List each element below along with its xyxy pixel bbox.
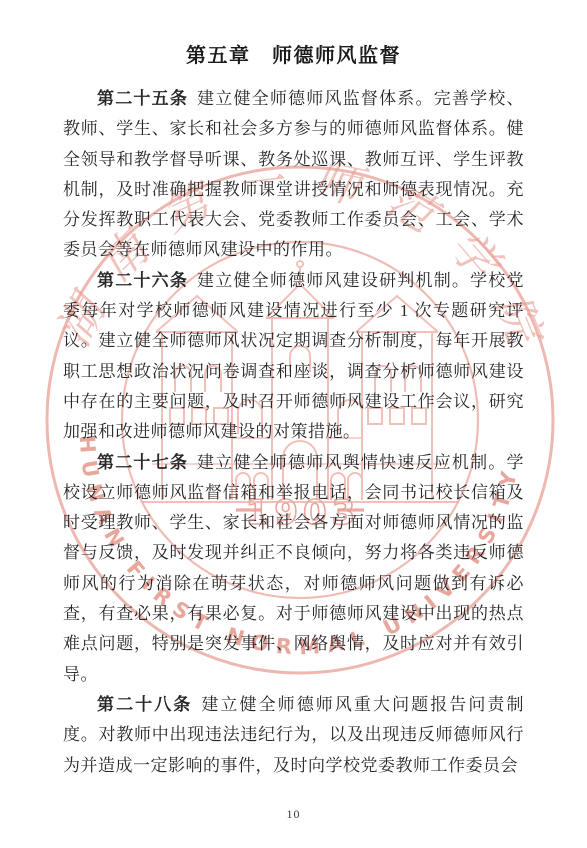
- article-paragraph-26: 第二十六条建立健全师德师风建设研判机制。学校党委每年对学校师德师风建设情况进行至…: [63, 266, 524, 448]
- document-page: 湖南第一师范学院 HUNAN FIRST NORMAL UNIVERSITY 1…: [0, 0, 587, 848]
- document-body: 第五章 师德师风监督 第二十五条建立健全师德师风监督体系。完善学校、教师、学生、…: [63, 42, 524, 781]
- article-paragraph-25: 第二十五条建立健全师德师风监督体系。完善学校、教师、学生、家长和社会多方参与的师…: [63, 84, 524, 266]
- article-text: 建立健全师德师风监督体系。完善学校、教师、学生、家长和社会多方参与的师德师风监督…: [63, 89, 524, 259]
- article-number: 第二十五条: [97, 89, 188, 108]
- article-text: 建立健全师德师风建设研判机制。学校党委每年对学校师德师风建设情况进行至少 1 次…: [63, 271, 524, 441]
- article-number: 第二十七条: [97, 453, 188, 472]
- article-paragraph-27: 第二十七条建立健全师德师风舆情快速反应机制。学校设立师德师风监督信箱和举报电话，…: [63, 448, 524, 690]
- article-text: 建立健全师德师风舆情快速反应机制。学校设立师德师风监督信箱和举报电话，会同书记校…: [63, 453, 524, 684]
- article-number: 第二十六条: [97, 271, 188, 290]
- chapter-title: 第五章 师德师风监督: [63, 42, 524, 70]
- article-paragraph-28: 第二十八条建立健全师德师风重大问题报告问责制度。对教师中出现违法违纪行为，以及出…: [63, 690, 524, 781]
- article-number: 第二十八条: [97, 695, 192, 714]
- page-number: 10: [0, 807, 587, 822]
